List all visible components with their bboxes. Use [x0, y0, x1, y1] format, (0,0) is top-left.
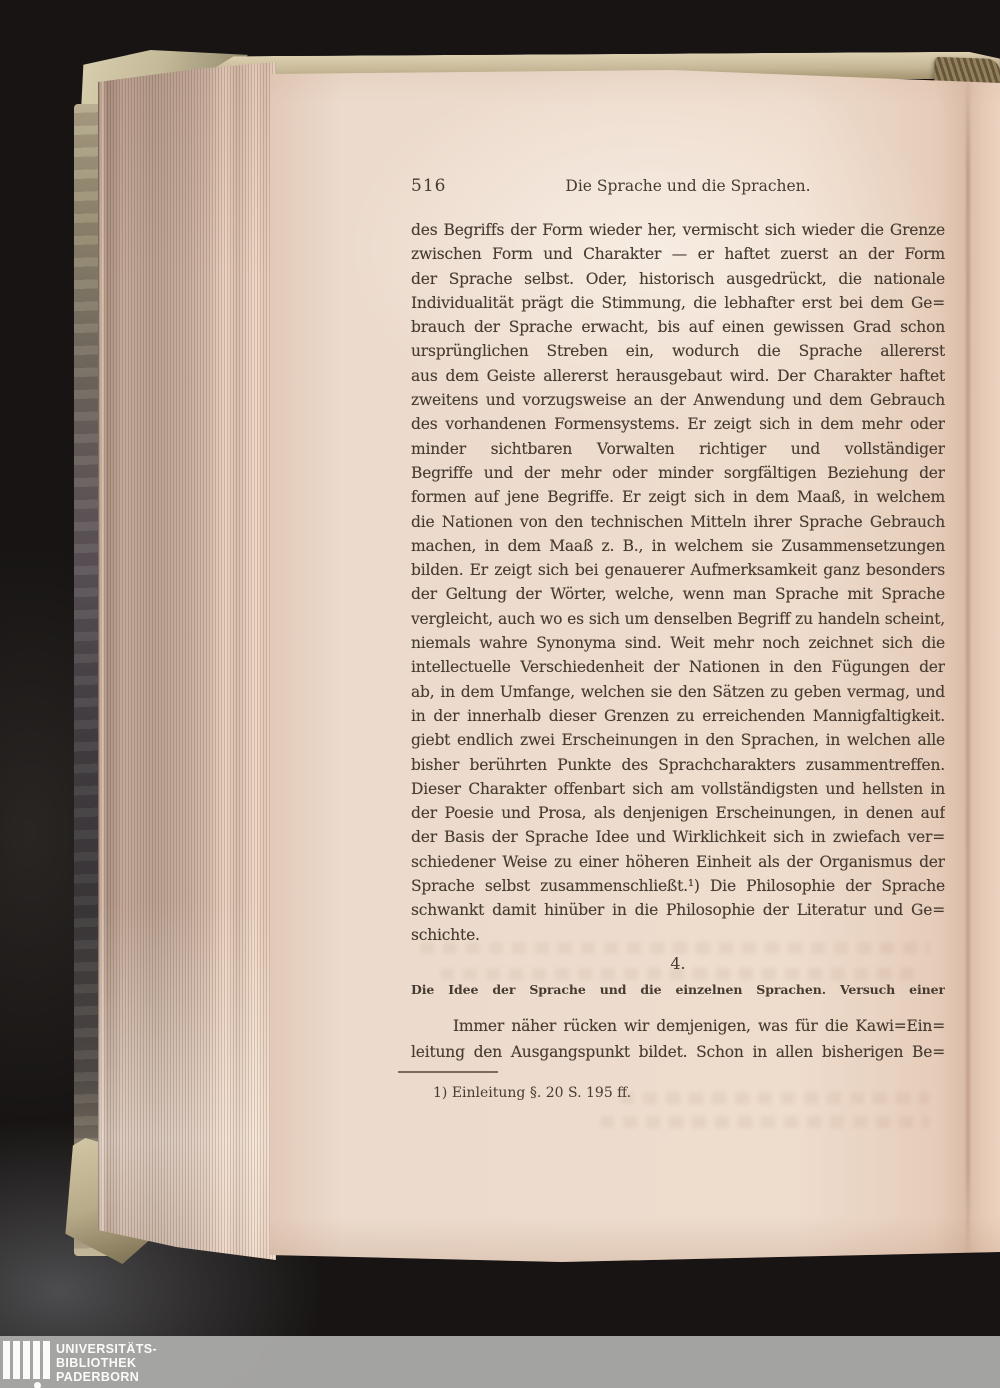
section-number: 4.: [411, 954, 945, 973]
library-watermark-bar: UNIVERSITÄTS- BIBLIOTHEK PADERBORN: [0, 1336, 1000, 1388]
text-line: Dieser Charakter offenbart sich am volls…: [411, 777, 945, 801]
text-line: aus dem Geiste allererst herausgebaut wi…: [411, 364, 945, 388]
page-gutter-crease: [966, 70, 970, 1264]
logo-bar: [3, 1341, 10, 1379]
logo-dot: [34, 1382, 41, 1388]
text-line: der Basis der Sprache Idee und Wirklichk…: [411, 825, 945, 849]
library-name: UNIVERSITÄTS- BIBLIOTHEK PADERBORN: [56, 1342, 157, 1384]
page-header: 516 Die Sprache und die Sprachen.: [411, 176, 945, 200]
text-line: zwischen Form und Charakter — er haftet …: [411, 242, 945, 266]
text-line: schiedener Weise zu einer höheren Einhei…: [411, 850, 945, 874]
bleed-through-ghost: [600, 1116, 930, 1128]
body-text: des Begriffs der Form wieder her, vermis…: [411, 218, 945, 947]
logo-bar: [43, 1341, 50, 1379]
library-name-line: UNIVERSITÄTS-: [56, 1342, 157, 1356]
text-line: minder sichtbaren Vorwalten richtiger un…: [411, 437, 945, 461]
text-line: vergleicht, auch wo es sich um denselben…: [411, 607, 945, 631]
footnote: 1) Einleitung §. 20 S. 195 ff.: [433, 1085, 853, 1101]
library-name-line: PADERBORN: [56, 1370, 157, 1384]
text-line: schichte.: [411, 923, 945, 947]
text-line: zweitens und vorzugsweise an der Anwendu…: [411, 388, 945, 412]
text-line: der Poesie und Prosa, als denjenigen Ers…: [411, 801, 945, 825]
text-line: ursprünglichen Streben ein, wodurch die …: [411, 339, 945, 363]
logo-bar: [23, 1341, 30, 1379]
section-paragraph: Immer näher rücken wir demjenigen, was f…: [411, 1014, 945, 1065]
text-line: Sprache selbst zusammenschließt.¹) Die P…: [411, 874, 945, 898]
text-line: Individualität prägt die Stimmung, die l…: [411, 291, 945, 315]
text-line: niemals wahre Synonyma sind. Weit mehr n…: [411, 631, 945, 655]
text-line: leitung den Ausgangspunkt bildet. Schon …: [411, 1040, 945, 1066]
text-line: die Nationen von den technischen Mitteln…: [411, 510, 945, 534]
library-name-line: BIBLIOTHEK: [56, 1356, 157, 1370]
text-line: schwankt damit hinüber in die Philosophi…: [411, 898, 945, 922]
text-line: intellectuelle Verschiedenheit der Natio…: [411, 655, 945, 679]
text-line: brauch der Sprache erwacht, bis auf eine…: [411, 315, 945, 339]
text-line: bisher berührten Punkte des Sprachcharak…: [411, 753, 945, 777]
text-line: Immer näher rücken wir demjenigen, was f…: [411, 1014, 945, 1040]
logo-bar: [13, 1341, 20, 1379]
text-line: Begriffe und der mehr oder minder sorgfä…: [411, 461, 945, 485]
text-line: ab, in dem Umfange, welchen sie den Sätz…: [411, 680, 945, 704]
text-line: formen auf jene Begriffe. Er zeigt sich …: [411, 485, 945, 509]
text-line: der Geltung der Wörter, welche, wenn man…: [411, 582, 945, 606]
text-line: bilden. Er zeigt sich bei genauerer Aufm…: [411, 558, 945, 582]
running-header: Die Sprache und die Sprachen.: [431, 177, 945, 195]
page-stack-fore-edge: [98, 62, 276, 1260]
book-page: 516 Die Sprache und die Sprachen. des Be…: [270, 70, 1000, 1264]
text-line: in der innerhalb dieser Grenzen zu errei…: [411, 704, 945, 728]
book-scan: 516 Die Sprache und die Sprachen. des Be…: [0, 0, 1000, 1388]
text-line: des Begriffs der Form wieder her, vermis…: [411, 218, 945, 242]
footnote-rule: [398, 1071, 498, 1073]
text-line: machen, in dem Maaß z. B., in welchem si…: [411, 534, 945, 558]
library-logo-icon: [3, 1341, 55, 1387]
text-line: giebt endlich zwei Erscheinungen in den …: [411, 728, 945, 752]
section-heading: Die Idee der Sprache und die einzelnen S…: [411, 981, 945, 999]
logo-bar: [33, 1341, 40, 1379]
text-line: des vorhandenen Formensystems. Er zeigt …: [411, 412, 945, 436]
text-line: der Sprache selbst. Oder, historisch aus…: [411, 267, 945, 291]
